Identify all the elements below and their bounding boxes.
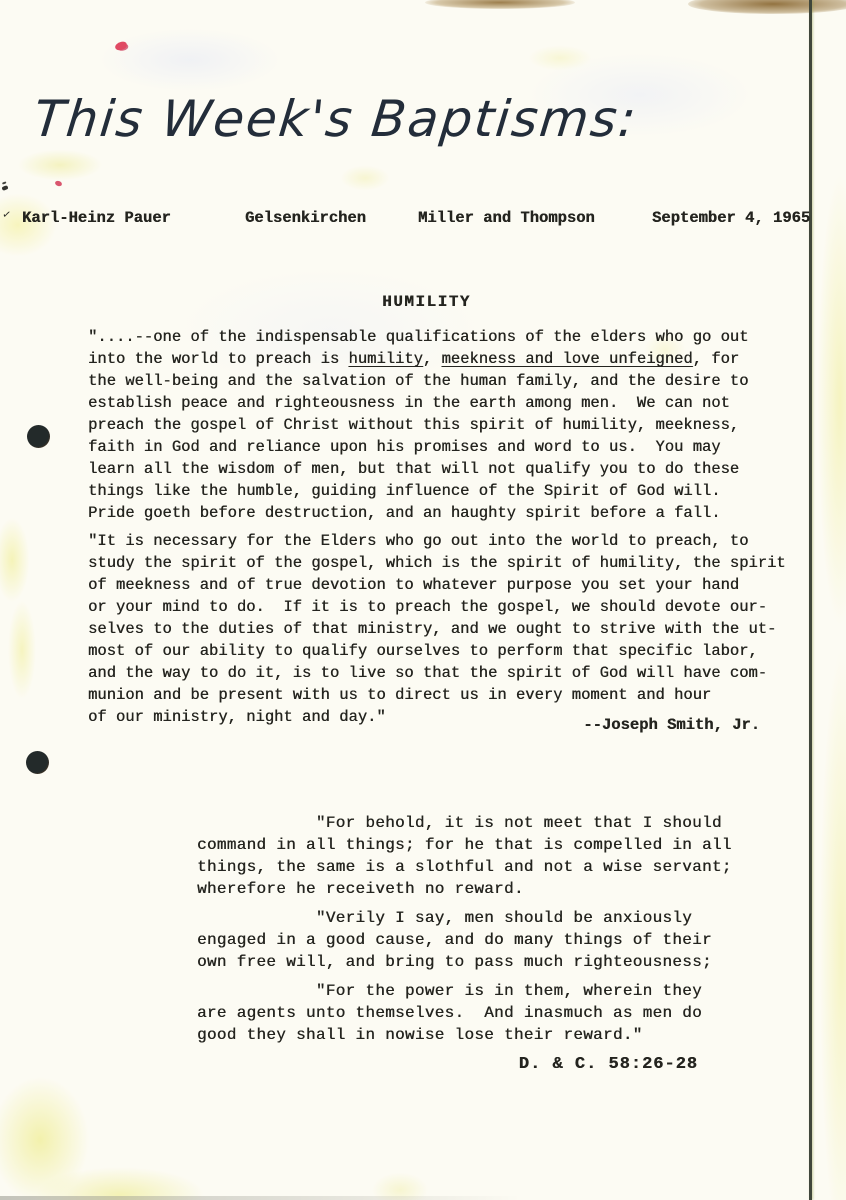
baptism-name: Karl-Heinz Pauer bbox=[22, 209, 171, 227]
scripture-quote-3: "For the power is in them, wherein theya… bbox=[197, 980, 702, 1046]
quote-attribution: --Joseph Smith, Jr. bbox=[88, 716, 760, 734]
scripture-block: "For behold, it is not meet that I shoul… bbox=[197, 812, 702, 1074]
red-ink-blemish bbox=[114, 41, 127, 51]
hole-punch-bottom bbox=[26, 751, 49, 774]
red-speck bbox=[54, 180, 62, 187]
baptism-entry-row: Karl-Heinz Pauer Gelsenkirchen Miller an… bbox=[0, 209, 846, 231]
baptism-city: Gelsenkirchen bbox=[245, 209, 366, 227]
scanned-newsletter-page: ✓ This Week's Baptisms: Karl-Heinz Pauer… bbox=[0, 0, 846, 1200]
humility-paragraph-1: "....--one of the indispensable qualific… bbox=[88, 326, 748, 524]
bottom-edge-shadow bbox=[0, 1196, 520, 1200]
page-heading: This Week's Baptisms: bbox=[31, 90, 641, 148]
left-edge-speck bbox=[1, 185, 8, 191]
baptism-missionaries: Miller and Thompson bbox=[418, 209, 595, 227]
hole-punch-top bbox=[27, 425, 50, 448]
scripture-reference: D. & C. 58:26-28 bbox=[197, 1055, 702, 1074]
scripture-quote-1: "For behold, it is not meet that I shoul… bbox=[197, 812, 702, 900]
section-title: HUMILITY bbox=[88, 293, 765, 311]
humility-paragraph-2: "It is necessary for the Elders who go o… bbox=[88, 530, 786, 728]
scan-fold-line bbox=[809, 0, 812, 1200]
baptism-date: September 4, 1965 bbox=[652, 209, 810, 227]
top-corner-smudge bbox=[688, 0, 846, 14]
top-edge-smudge bbox=[425, 0, 575, 9]
scripture-quote-2: "Verily I say, men should be anxiouslyen… bbox=[197, 907, 702, 973]
